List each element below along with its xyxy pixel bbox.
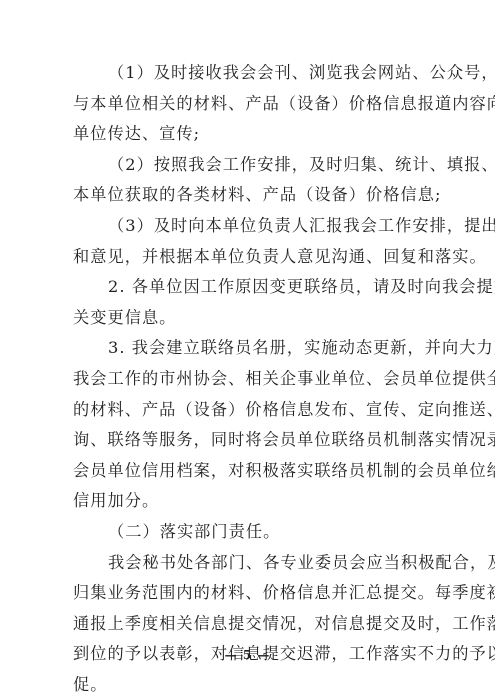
text-line: （3）及时向本单位负责人汇报我会工作安排，提出建议 <box>73 211 425 242</box>
page-number: — 5 — <box>0 648 495 662</box>
text-line: 关变更信息。 <box>73 303 425 334</box>
text-line: 归集业务范围内的材料、价格信息并汇总提交。每季度初将 <box>73 578 425 609</box>
text-line: （1）及时接收我会会刊、浏览我会网站、公众号，并将 <box>73 58 425 89</box>
text-line: 我会工作的市州协会、相关企事业单位、会员单位提供全面 <box>73 364 425 395</box>
text-line: 3. 我会建立联络员名册，实施动态更新，并向大力支持 <box>73 333 425 364</box>
document-page: （1）及时接收我会会刊、浏览我会网站、公众号，并将 与本单位相关的材料、产品（设… <box>0 0 495 699</box>
text-line: 本单位获取的各类材料、产品（设备）价格信息; <box>73 180 425 211</box>
text-line: 促。 <box>73 670 425 699</box>
text-line: 会员单位信用档案，对积极落实联络员机制的会员单位给予 <box>73 456 425 487</box>
text-line: （2）按照我会工作安排，及时归集、统计、填报、推送 <box>73 150 425 181</box>
text-line: 和意见，并根据本单位负责人意见沟通、回复和落实。 <box>73 242 425 273</box>
text-line: 通报上季度相关信息提交情况，对信息提交及时，工作落实 <box>73 609 425 640</box>
text-line: 单位传达、宣传; <box>73 119 425 150</box>
text-line: 询、联络等服务，同时将会员单位联络员机制落实情况录入 <box>73 425 425 456</box>
document-body: （1）及时接收我会会刊、浏览我会网站、公众号，并将 与本单位相关的材料、产品（设… <box>73 58 425 699</box>
section-heading: （二）落实部门责任。 <box>73 517 425 548</box>
text-line: 与本单位相关的材料、产品（设备）价格信息报道内容向本 <box>73 89 425 120</box>
text-line: 信用加分。 <box>73 486 425 517</box>
text-line: 的材料、产品（设备）价格信息发布、宣传、定向推送、咨 <box>73 395 425 426</box>
text-line: 2. 各单位因工作原因变更联络员，请及时向我会提交相 <box>73 272 425 303</box>
text-line: 我会秘书处各部门、各专业委员会应当积极配合，及时 <box>73 548 425 579</box>
